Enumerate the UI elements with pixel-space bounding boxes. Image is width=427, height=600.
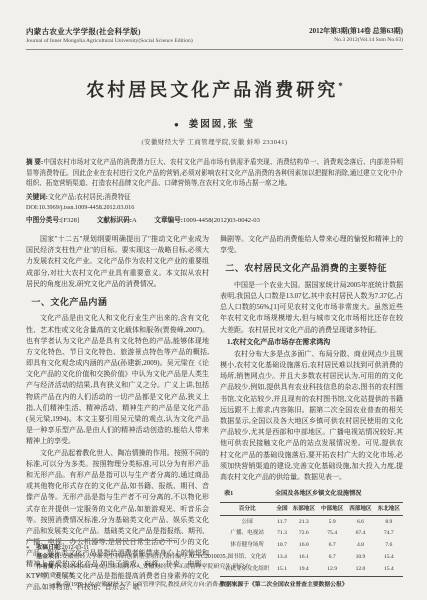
cell: 19.4	[290, 564, 318, 576]
cell: 7.6	[375, 540, 403, 552]
cell: 11.7	[274, 516, 289, 528]
table-row: 公园11.721.35.96.68.9	[220, 516, 403, 528]
abstract-text: 中国农村市场对文化产品的消费潜力巨大、农村文化产品市场有供需矛盾突现、消费结构单…	[26, 159, 403, 187]
cell: 10.7	[274, 540, 289, 552]
col-header: 全国	[274, 503, 289, 516]
paragraph-population: 中国是一个农业大国。据国家统计局2005年底统计数据表明,我国总人口数是13.0…	[220, 280, 403, 336]
cell: 8.9	[375, 516, 403, 528]
doc-code-value: A	[132, 217, 137, 224]
journal-masthead: 内蒙古农业大学学报(社会科学版) Journal of Inner Mongol…	[26, 26, 403, 44]
cell: 16.0	[290, 540, 318, 552]
col-header: 百分比	[220, 503, 274, 516]
cell: 4.8	[346, 540, 374, 552]
cell: 16.1	[290, 552, 318, 564]
abstract-block: 摘 要:中国农村市场对文化产品的消费潜力巨大、农村文化产品市场有供需矛盾突现、消…	[26, 158, 403, 190]
cell: 6.7	[318, 552, 346, 564]
cell: 6.6	[346, 516, 374, 528]
journal-name-block: 内蒙古农业大学学报(社会科学版) Journal of Inner Mongol…	[26, 26, 193, 44]
cell: 72.6	[290, 528, 318, 540]
bio-line-2: 张 莹(1970-),女,安徽财经大学工商管理学院,教授,研究方向:消费者行为。	[36, 581, 256, 590]
footnote-rule	[26, 540, 176, 541]
cell: 广播、电视站	[220, 528, 274, 540]
footnote-mark: *	[26, 544, 36, 590]
col-header: 中部地区	[318, 503, 346, 516]
footnote-row: * 收稿日期:2012-03-11 基金项目:安徽财经大学研究生科研创新基金项目…	[26, 544, 256, 590]
affiliation-line: (安徽财经大学 工商管理学院,安徽 蚌埠 233041)	[26, 137, 403, 146]
cell: 74.7	[375, 528, 403, 540]
paragraph-demand-gap: 农村分布大多是点多面广、布局分散、商业网点少且规模小,农村文化基础设施落后,农村…	[220, 349, 403, 483]
bio-label: 作者简介:	[36, 564, 62, 570]
fund-value: 安徽财经大学研究生科研创新基金项目,项目编号:ACYC2010035。	[62, 554, 232, 560]
table-caption: 表1 全国及各地区乡镇文化设施情况	[220, 489, 403, 499]
bio-line-1: 作者简介:姜囡囡(1987-),女,山东威海市人,安徽财经大学工商管理学院研究生…	[36, 563, 256, 581]
article-title-text: 农村居民文化产品消费研究	[86, 80, 338, 100]
doi-line: DOI:10.3969/j.issn.1009-4458.2012.03.016	[26, 204, 403, 211]
classification-line: 中图分类号:[F328] 文献标识码:A 文章编号:1009-4458(2012…	[26, 214, 403, 224]
table-label: 表1	[224, 489, 233, 499]
cell: 10.9	[346, 552, 374, 564]
keywords-line: 关键词:文化产品;农村居民;消费特征	[26, 191, 403, 201]
author-names: 姜囡囡,张 莹	[189, 120, 255, 130]
col-header: 西部地区	[346, 503, 374, 516]
subsection-heading-1: 1.农村文化产品市场存在需求鸿沟	[220, 337, 403, 348]
keywords-label: 关键词:	[26, 194, 48, 201]
cell: 71.3	[274, 528, 289, 540]
cell: 5.9	[318, 516, 346, 528]
right-column: 舞剧等。文化产品的消费能给人带来心理的愉悦和精神上的享受。 二、农村居民文化产品…	[220, 234, 403, 593]
col-header: 东部地区	[290, 503, 318, 516]
table-title: 全国及各地区乡镇文化设施情况	[233, 489, 403, 499]
author-line: ●姜囡囡,张 莹	[26, 116, 403, 130]
issue-info-block: 2012年第3期(第14卷 总第63期) No.3 2012(Vol.14 Su…	[309, 26, 403, 43]
scanned-paper-page: { "header": { "journal_cn": "内蒙古农业大学学报(社…	[0, 0, 427, 600]
cell: 15.4	[375, 552, 403, 564]
table-row: 广播、电视站71.372.675.467.474.7	[220, 528, 403, 540]
doc-code-label: 文献标识码:	[97, 217, 132, 224]
keywords-text: 文化产品;农村居民;消费特征	[48, 194, 131, 201]
article-title: 农村居民文化产品消费研究*	[26, 76, 403, 102]
section-heading-2: 二、农村居民文化产品消费的主要特征	[220, 261, 403, 275]
cell: 公园	[220, 516, 274, 528]
left-column: 国家"十二五"规划纲要明确提出了"推动文化产业成为国民经济支柱性产业"的目标。要…	[26, 234, 209, 593]
paragraph-continuation: 舞剧等。文化产品的消费能给人带来心理的愉悦和精神上的享受。	[220, 234, 403, 256]
intro-paragraph: 国家"十二五"规划纲要明确提出了"推动文化产业成为国民经济支柱性产业"的目标。要…	[26, 234, 209, 290]
clc-label: 中图分类号:	[26, 217, 61, 224]
fund-label: 基金项目:	[36, 554, 62, 560]
cell: 15.4	[375, 564, 403, 576]
article-no-value: 1009-4458(2012)03-0042-03	[183, 217, 260, 224]
cell: 75.4	[318, 528, 346, 540]
title-footnote-mark: *	[338, 81, 343, 91]
cell: 12.0	[346, 564, 374, 576]
paragraph-definition: 文化产品是由文化人和文化行业生产出来的,含有文化性、艺术性或文化含量高的文化载体…	[26, 313, 209, 447]
cell: 12.9	[318, 564, 346, 576]
fund-line: 基金项目:安徽财经大学研究生科研创新基金项目,项目编号:ACYC2010035。	[36, 553, 256, 562]
cell: 21.3	[290, 516, 318, 528]
bio1-text: 姜囡囡(1987-),女,山东威海市人,安徽财经大学工商管理学院研究生,研究方向…	[36, 564, 250, 579]
journal-name-en: Journal of Inner Mongolia Agricultural U…	[26, 38, 193, 44]
received-value: 2012-03-11	[62, 545, 89, 551]
article-no-label: 文章编号:	[154, 217, 183, 224]
cell: 67.4	[346, 528, 374, 540]
issue-info-cn: 2012年第3期(第14卷 总第63期)	[309, 26, 403, 36]
body-columns: 国家"十二五"规划纲要明确提出了"推动文化产业成为国民经济支柱性产业"的目标。要…	[26, 234, 403, 593]
footnote-block: * 收稿日期:2012-03-11 基金项目:安徽财经大学研究生科研创新基金项目…	[26, 540, 256, 590]
clc-value: [F328]	[61, 217, 79, 224]
cell: 6.7	[318, 540, 346, 552]
abstract-label: 摘 要:	[26, 159, 43, 166]
cell: 13.4	[274, 552, 289, 564]
author-bullet-icon: ●	[174, 120, 179, 129]
masthead-rule	[26, 49, 403, 50]
cell: 15.1	[274, 564, 289, 576]
journal-name-cn: 内蒙古农业大学学报(社会科学版)	[26, 26, 193, 37]
table-header-row: 百分比 全国 东部地区 中部地区 西部地区 东北地区	[220, 503, 403, 516]
issue-info-en: No.3 2012(Vol.14 Sum No.63)	[309, 37, 403, 43]
section-heading-1: 一、文化产品内涵	[26, 295, 209, 309]
footnote-body: 收稿日期:2012-03-11 基金项目:安徽财经大学研究生科研创新基金项目,项…	[36, 544, 256, 590]
received-date-line: 收稿日期:2012-03-11	[36, 544, 256, 553]
received-label: 收稿日期:	[36, 545, 62, 551]
col-header: 东北地区	[375, 503, 403, 516]
